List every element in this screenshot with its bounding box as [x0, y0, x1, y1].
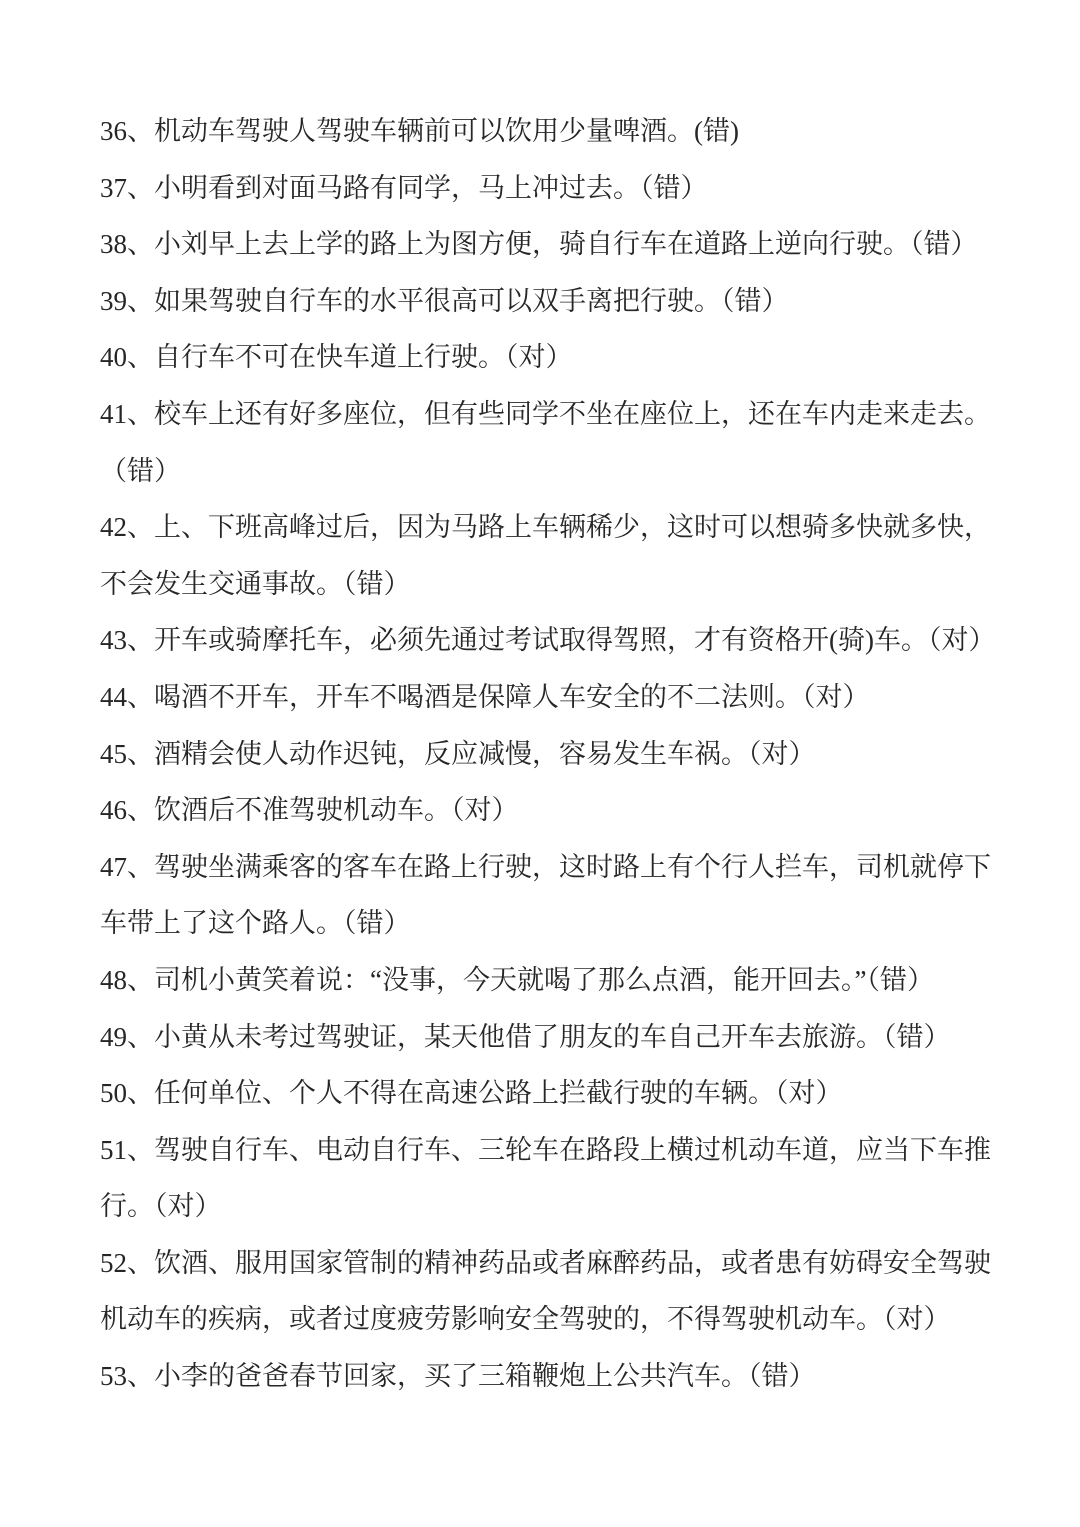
question-line: 45、酒精会使人动作迟钝，反应减慢，容易发生车祸。（对） — [100, 726, 1000, 783]
question-paragraph: 46、饮酒后不准驾驶机动车。（对） — [100, 782, 1000, 839]
question-paragraph: 42、上、下班高峰过后，因为马路上车辆稀少，这时可以想骑多快就多快，不会发生交通… — [100, 499, 1000, 612]
question-line: 40、自行车不可在快车道上行驶。（对） — [100, 329, 1000, 386]
question-paragraph: 52、饮酒、服用国家管制的精神药品或者麻醉药品，或者患有妨碍安全驾驶机动车的疾病… — [100, 1235, 1000, 1348]
question-paragraph: 48、司机小黄笑着说：“没事，今天就喝了那么点酒，能开回去。”（错） — [100, 952, 1000, 1009]
question-line: 39、如果驾驶自行车的水平很高可以双手离把行驶。（错） — [100, 273, 1000, 330]
question-line: 42、上、下班高峰过后，因为马路上车辆稀少，这时可以想骑多快就多快， — [100, 499, 1000, 556]
question-line: 车带上了这个路人。（错） — [100, 895, 1000, 952]
question-paragraph: 40、自行车不可在快车道上行驶。（对） — [100, 329, 1000, 386]
question-paragraph: 45、酒精会使人动作迟钝，反应减慢，容易发生车祸。（对） — [100, 726, 1000, 783]
question-paragraph: 39、如果驾驶自行车的水平很高可以双手离把行驶。（错） — [100, 273, 1000, 330]
question-line: 48、司机小黄笑着说：“没事，今天就喝了那么点酒，能开回去。”（错） — [100, 952, 1000, 1009]
question-paragraph: 49、小黄从未考过驾驶证，某天他借了朋友的车自己开车去旅游。（错） — [100, 1009, 1000, 1066]
question-paragraph: 43、开车或骑摩托车，必须先通过考试取得驾照，才有资格开(骑)车。（对） — [100, 612, 1000, 669]
question-paragraph: 44、喝酒不开车，开车不喝酒是保障人车安全的不二法则。（对） — [100, 669, 1000, 726]
question-line: 47、驾驶坐满乘客的客车在路上行驶，这时路上有个行人拦车，司机就停下 — [100, 839, 1000, 896]
question-paragraph: 50、任何单位、个人不得在高速公路上拦截行驶的车辆。（对） — [100, 1065, 1000, 1122]
question-paragraph: 51、驾驶自行车、电动自行车、三轮车在路段上横过机动车道，应当下车推行。（对） — [100, 1122, 1000, 1235]
question-line: 机动车的疾病，或者过度疲劳影响安全驾驶的，不得驾驶机动车。（对） — [100, 1291, 1000, 1348]
document-body: 36、机动车驾驶人驾驶车辆前可以饮用少量啤酒。(错)37、小明看到对面马路有同学… — [100, 103, 1000, 1405]
question-paragraph: 41、校车上还有好多座位，但有些同学不坐在座位上，还在车内走来走去。（错） — [100, 386, 1000, 499]
question-paragraph: 47、驾驶坐满乘客的客车在路上行驶，这时路上有个行人拦车，司机就停下车带上了这个… — [100, 839, 1000, 952]
question-line: 51、驾驶自行车、电动自行车、三轮车在路段上横过机动车道，应当下车推 — [100, 1122, 1000, 1179]
question-line: 行。（对） — [100, 1178, 1000, 1235]
question-line: 36、机动车驾驶人驾驶车辆前可以饮用少量啤酒。(错) — [100, 103, 1000, 160]
question-line: 不会发生交通事故。（错） — [100, 556, 1000, 613]
question-line: （错） — [100, 443, 1000, 500]
question-line: 50、任何单位、个人不得在高速公路上拦截行驶的车辆。（对） — [100, 1065, 1000, 1122]
question-paragraph: 37、小明看到对面马路有同学，马上冲过去。（错） — [100, 160, 1000, 217]
question-line: 41、校车上还有好多座位，但有些同学不坐在座位上，还在车内走来走去。 — [100, 386, 1000, 443]
question-line: 43、开车或骑摩托车，必须先通过考试取得驾照，才有资格开(骑)车。（对） — [100, 612, 1000, 669]
question-paragraph: 38、小刘早上去上学的路上为图方便，骑自行车在道路上逆向行驶。（错） — [100, 216, 1000, 273]
question-paragraph: 53、小李的爸爸春节回家，买了三箱鞭炮上公共汽车。（错） — [100, 1348, 1000, 1405]
question-line: 44、喝酒不开车，开车不喝酒是保障人车安全的不二法则。（对） — [100, 669, 1000, 726]
question-line: 52、饮酒、服用国家管制的精神药品或者麻醉药品，或者患有妨碍安全驾驶 — [100, 1235, 1000, 1292]
question-line: 37、小明看到对面马路有同学，马上冲过去。（错） — [100, 160, 1000, 217]
document-page: 36、机动车驾驶人驾驶车辆前可以饮用少量啤酒。(错)37、小明看到对面马路有同学… — [0, 0, 1080, 1527]
question-line: 53、小李的爸爸春节回家，买了三箱鞭炮上公共汽车。（错） — [100, 1348, 1000, 1405]
question-line: 49、小黄从未考过驾驶证，某天他借了朋友的车自己开车去旅游。（错） — [100, 1009, 1000, 1066]
question-paragraph: 36、机动车驾驶人驾驶车辆前可以饮用少量啤酒。(错) — [100, 103, 1000, 160]
question-line: 46、饮酒后不准驾驶机动车。（对） — [100, 782, 1000, 839]
question-line: 38、小刘早上去上学的路上为图方便，骑自行车在道路上逆向行驶。（错） — [100, 216, 1000, 273]
